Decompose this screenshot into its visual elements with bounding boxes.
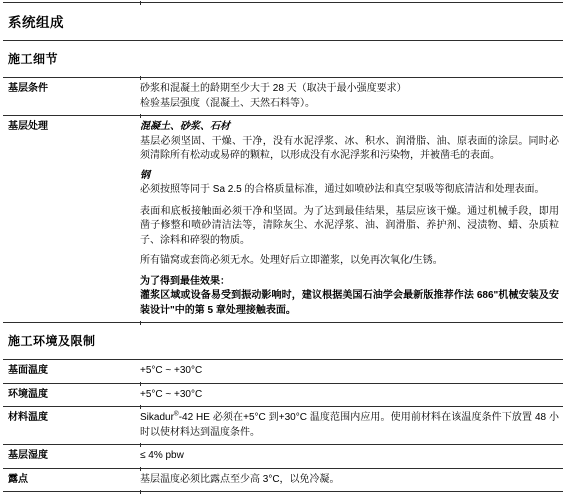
rule-above-ambient-temperature [3, 383, 563, 384]
steel-paragraph: 必须按照等同于 Sa 2.5 的合格质量标准，通过如喷砂法和真空泵吸等彻底清洁和… [140, 183, 559, 198]
substrate-moisture-value: ≤ 4% pbw [140, 449, 563, 464]
section-title-application-environment: 施工环境及限制 [3, 323, 563, 359]
rule-above-environment-section [3, 322, 563, 323]
substrate-temperature-value: +5°C ~ +30°C [140, 364, 563, 379]
rule-under-environment-heading [3, 359, 563, 360]
dew-point-value: 基层温度必须比露点至少高 3°C，以免冷凝。 [140, 473, 563, 488]
substrate-moisture-label: 基层湿度 [3, 449, 140, 464]
anchor-paragraph: 所有锚窝或套筒必须无水。处理好后立即灌浆，以免再次氧化/生锈。 [140, 254, 559, 269]
rule-above-material-temperature [3, 406, 563, 407]
application-environment-section: 施工环境及限制 基面温度 +5°C ~ +30°C 环境温度 +5°C ~ +3… [3, 323, 563, 492]
substrate-condition-content: 砂浆和混凝土的龄期至少大于 28 天（取决于最小强度要求） 检验基层强度（混凝土… [140, 82, 563, 111]
substrate-condition-line2: 检验基层强度（混凝土、天然石料等）。 [140, 97, 559, 112]
substrate-temperature-label: 基面温度 [3, 364, 140, 379]
substrate-preparation-label: 基层处理 [3, 120, 140, 318]
rule-above-substrate-moisture [3, 444, 563, 445]
rule-under-system-composition [3, 40, 563, 41]
ambient-temperature-label: 环境温度 [3, 388, 140, 403]
row-substrate-condition: 基层条件 砂浆和混凝土的龄期至少大于 28 天（取决于最小强度要求） 检验基层强… [3, 78, 563, 115]
surface-paragraph: 表面和底板接触面必须干净和坚固。为了达到最佳结果，基层应该干燥。通过机械手段，即… [140, 205, 559, 249]
rule-above-substrate-condition [3, 77, 563, 78]
top-rule [3, 2, 563, 3]
material-temperature-text: Sikadur®-42 HE 必须在+5°C 到+30°C 温度范围内应用。使用… [140, 411, 559, 440]
row-dew-point: 露点 基层温度必须比露点至少高 3°C，以免冷凝。 [3, 469, 563, 492]
row-substrate-preparation: 基层处理 混凝土、砂浆、石材 基层必须坚固、干燥、干净，没有水泥浮浆、冰、积水、… [3, 116, 563, 322]
row-substrate-temperature: 基面温度 +5°C ~ +30°C [3, 360, 563, 383]
product-name: Sikadur [140, 412, 174, 423]
substrate-condition-label: 基层条件 [3, 82, 140, 111]
best-results-text: 灌浆区域或设备易受到振动影响时，建议根据美国石油学会最新版推荐作法 686"机械… [140, 290, 559, 316]
substrate-preparation-content: 混凝土、砂浆、石材 基层必须坚固、干燥、干净，没有水泥浮浆、冰、积水、润滑脂、油… [140, 120, 563, 318]
bottom-rule [3, 491, 563, 492]
row-material-temperature: 材料温度 Sikadur®-42 HE 必须在+5°C 到+30°C 温度范围内… [3, 407, 563, 444]
row-substrate-moisture: 基层湿度 ≤ 4% pbw [3, 445, 563, 468]
substrate-condition-line1: 砂浆和混凝土的龄期至少大于 28 天（取决于最小强度要求） [140, 82, 559, 97]
concrete-paragraph: 基层必须坚固、干燥、干净，没有水泥浮浆、冰、积水、润滑脂、油、原表面的涂层。同时… [140, 135, 559, 164]
material-temperature-rest: -42 HE 必须在+5°C 到+30°C 温度范围内应用。使用前材料在该温度条… [140, 412, 559, 438]
ambient-temperature-value: +5°C ~ +30°C [140, 388, 563, 403]
rule-above-substrate-preparation [3, 115, 563, 116]
section-title-application-details: 施工细节 [3, 41, 563, 77]
material-temperature-value: Sikadur®-42 HE 必须在+5°C 到+30°C 温度范围内应用。使用… [140, 411, 563, 440]
rule-above-dew-point [3, 468, 563, 469]
best-results-title: 为了得到最佳效果： [140, 275, 559, 290]
row-ambient-temperature: 环境温度 +5°C ~ +30°C [3, 384, 563, 407]
steel-subheading: 钢 [140, 169, 559, 184]
concrete-subheading: 混凝土、砂浆、石材 [140, 120, 559, 135]
material-temperature-label: 材料温度 [3, 411, 140, 440]
section-title-system-composition: 系统组成 [3, 3, 563, 40]
dew-point-label: 露点 [3, 473, 140, 488]
best-results-paragraph: 为了得到最佳效果： 灌浆区域或设备易受到振动影响时，建议根据美国石油学会最新版推… [140, 275, 559, 319]
datasheet-page: 系统组成 施工细节 基层条件 砂浆和混凝土的龄期至少大于 28 天（取决于最小强… [0, 0, 566, 500]
